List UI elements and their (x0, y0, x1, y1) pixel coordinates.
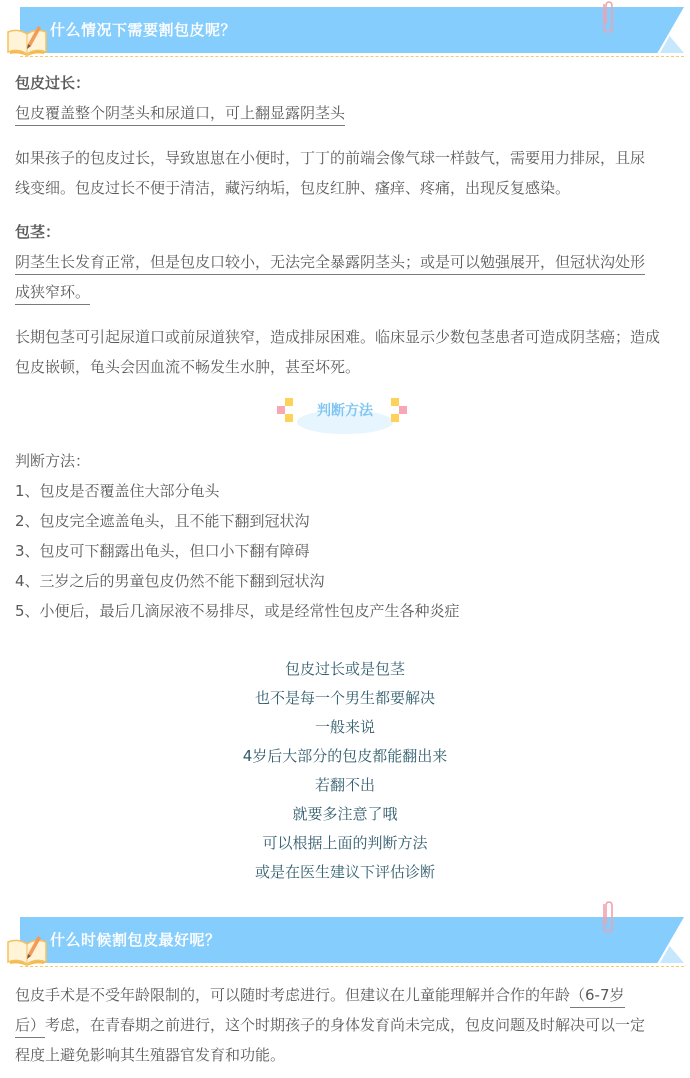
paragraph-line: 包皮手术是不受年龄限制的，可以随时考虑进行。但建议在儿童能理解并合作的年龄（6-… (15, 980, 675, 1010)
judgment-list: 判断方法： 1、包皮是否覆盖住大部分龟头 2、包皮完全遮盖龟头，且不能下翻到冠状… (15, 446, 675, 626)
centered-notes: 包皮过长或是包茎 也不是每一个男生都要解决 一般来说 4岁后大部分的包皮都能翻出… (0, 655, 690, 887)
list-item: 1、包皮是否覆盖住大部分龟头 (15, 476, 675, 506)
list-item: 3、包皮可下翻露出龟头，但口小下翻有障碍 (15, 536, 675, 566)
paragraph-line: 如果孩子的包皮过长，导致崽崽在小便时，丁丁的前端会像气球一样鼓气，需要用力排尿，… (15, 143, 675, 173)
underlined-definition: 包皮覆盖整个阴茎头和尿道口，可上翻显露阴茎头 (15, 104, 345, 126)
open-book-pencil-icon (6, 932, 48, 966)
banner-dashed-divider (20, 56, 684, 57)
definition-long-foreskin: 包皮覆盖整个阴茎头和尿道口，可上翻显露阴茎头 (15, 98, 675, 128)
open-book-pencil-icon (6, 22, 48, 56)
subsection-title: 判断方法 (275, 400, 415, 420)
section-banner-2: 什么时候割包皮最好呢？ (0, 910, 690, 974)
list-intro: 判断方法： (15, 446, 675, 476)
paragraph-line: 后）考虑，在青春期之前进行，这个时期孩子的身体发育尚未完成，包皮问题及时解决可以… (15, 1010, 675, 1040)
banner-dashed-divider (20, 966, 684, 967)
paragraph-phimosis: 长期包茎可引起尿道口或前尿道狭窄，造成排尿困难。临床显示少数包茎患者可造成阴茎癌… (15, 322, 675, 382)
paragraph-line: 程度上避免影响其生殖器官发育和功能。 (15, 1040, 675, 1070)
paragraph-line: 长期包茎可引起尿道口或前尿道狭窄，造成排尿困难。临床显示少数包茎患者可造成阴茎癌… (15, 322, 675, 352)
paragraph-line: 包皮嵌顿，龟头会因血流不畅发生水肿，甚至坏死。 (15, 352, 675, 382)
banner-title: 什么情况下需要割包皮呢？ (50, 7, 236, 53)
centered-line: 或是在医生建议下评估诊断 (0, 858, 690, 887)
list-item: 2、包皮完全遮盖龟头，且不能下翻到冠状沟 (15, 506, 675, 536)
subsection-label: 判断方法 (275, 396, 415, 436)
paperclip-icon (600, 900, 616, 934)
paragraph-line: 线变细。包皮过长不便于清洁，藏污纳垢，包皮红肿、瘙痒、疼痛，出现反复感染。 (15, 173, 675, 203)
underlined-definition: 阴茎生长发育正常，但是包皮口较小，无法完全暴露阴茎头；或是可以勉强展开，但冠状沟… (15, 253, 645, 275)
centered-line: 包皮过长或是包茎 (0, 655, 690, 684)
centered-line: 可以根据上面的判断方法 (0, 829, 690, 858)
centered-line: 也不是每一个男生都要解决 (0, 684, 690, 713)
heading-phimosis: 包茎： (15, 217, 675, 247)
paragraph-long-foreskin: 如果孩子的包皮过长，导致崽崽在小便时，丁丁的前端会像气球一样鼓气，需要用力排尿，… (15, 143, 675, 203)
centered-line: 就要多注意了哦 (0, 800, 690, 829)
definition-phimosis: 阴茎生长发育正常，但是包皮口较小，无法完全暴露阴茎头；或是可以勉强展开，但冠状沟… (15, 247, 675, 307)
section-banner-1: 什么情况下需要割包皮呢？ (0, 0, 690, 64)
list-item: 5、小便后，最后几滴尿液不易排尽，或是经常性包皮产生各种炎症 (15, 596, 675, 626)
heading-phimosis-long: 包皮过长： (15, 68, 675, 98)
paperclip-icon (600, 0, 616, 34)
underlined-definition: 成狭窄环。 (15, 283, 90, 305)
centered-line: 4岁后大部分的包皮都能翻出来 (0, 742, 690, 771)
centered-line: 一般来说 (0, 713, 690, 742)
text-span: 包皮手术是不受年龄限制的，可以随时考虑进行。但建议在儿童能理解并合作的年龄 (15, 986, 570, 1004)
underlined-age: （6-7岁 (570, 986, 625, 1008)
banner-title: 什么时候割包皮最好呢？ (50, 917, 221, 963)
centered-line: 若翻不出 (0, 771, 690, 800)
underlined-age: 后） (15, 1016, 45, 1038)
list-item: 4、三岁之后的男童包皮仍然不能下翻到冠状沟 (15, 566, 675, 596)
text-span: 考虑，在青春期之前进行，这个时期孩子的身体发育尚未完成，包皮问题及时解决可以一定 (45, 1016, 645, 1034)
paragraph-best-time: 包皮手术是不受年龄限制的，可以随时考虑进行。但建议在儿童能理解并合作的年龄（6-… (15, 980, 675, 1070)
